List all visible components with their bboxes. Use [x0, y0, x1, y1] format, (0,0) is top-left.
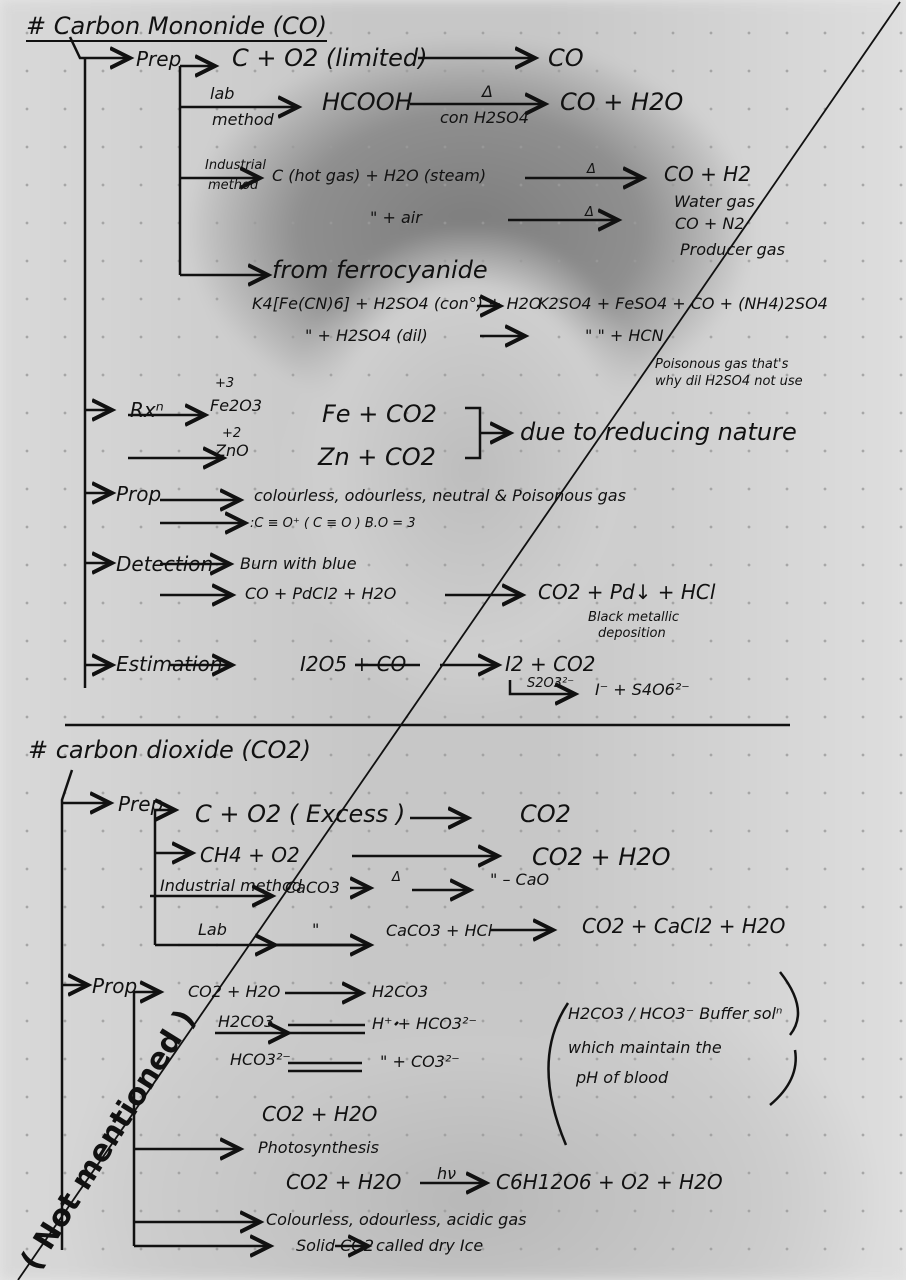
- co2-prep-methane-rhs: CO2 + H2O: [532, 843, 671, 871]
- co-water-gas-note: Water gas: [674, 192, 755, 211]
- co2-industrial-rhs: " – CaO: [490, 870, 549, 889]
- co-lab-below: con H2SO4: [440, 108, 529, 127]
- co2-props-eq3-rhs: " + CO3²⁻: [380, 1052, 460, 1071]
- co-rxn-row1-ox: +3: [215, 376, 234, 391]
- co-industrial-row2-rhs: CO + N2: [675, 214, 745, 233]
- co-hcn-note-1: Poisonous gas that's: [655, 357, 788, 372]
- co2-buffer-note-1: H2CO3 / HCO3⁻ Buffer solⁿ: [568, 1004, 782, 1023]
- co-ferro-row1-rhs: K2SO4 + FeSO4 + CO + (NH4)2SO4: [538, 294, 828, 313]
- co-heading: # Carbon Mononide (CO): [26, 12, 327, 42]
- co2-buffer-note-2: which maintain the: [568, 1038, 722, 1057]
- co-industrial-label-bottom: method: [208, 178, 258, 193]
- co2-lab-lhs: CaCO3 + HCl: [386, 921, 492, 940]
- co2-photosynthesis: Photosynthesis: [258, 1138, 379, 1157]
- co2-props-gas: Colourless, odourless, acidic gas: [266, 1210, 526, 1229]
- co-prep-label: Prep: [136, 47, 181, 71]
- co2-lab-label: Lab: [198, 920, 227, 939]
- co-lab-above: Δ: [482, 82, 493, 101]
- co-lab-lhs: HCOOH: [322, 88, 413, 116]
- co-industrial-row1-above: Δ: [587, 162, 596, 177]
- co2-props-eq1-rhs: H2CO3: [372, 982, 428, 1001]
- co-ferro-row1-lhs: K4[Fe(CN)6] + H2SO4 (con°) + H2O: [252, 294, 541, 313]
- co2-prep-excess-rhs: CO2: [520, 800, 571, 828]
- co2-photo-top: CO2 + H2O: [262, 1102, 377, 1126]
- co-rxn-row2-ox: +2: [222, 426, 241, 441]
- co-industrial-row1-rhs: CO + H2: [664, 162, 751, 186]
- co-detection-label: Detection: [116, 552, 213, 576]
- co-ferro-row2-lhs: " + H2SO4 (dil): [305, 326, 428, 345]
- co-estimation-sub-rhs: I⁻ + S4O6²⁻: [595, 680, 690, 699]
- co-rxn-row2-rhs: Zn + CO2: [318, 443, 436, 471]
- co2-lab-rhs: CO2 + CaCl2 + H2O: [582, 914, 785, 938]
- co2-prep-excess-lhs: C + O2 ( Excess ): [195, 800, 405, 828]
- co-industrial-label-top: Industrial: [205, 158, 266, 173]
- co-rxn-row1-lhs: Fe2O3: [210, 396, 262, 415]
- co-estimation-lhs: I2O5 + CO: [300, 652, 406, 676]
- co-props-row1: colourless, odourless, neutral & Poisono…: [254, 486, 626, 505]
- co-rxn-row2-lhs: ZnO: [215, 441, 249, 460]
- co-prep-limited-lhs: C + O2 (limited): [232, 44, 427, 72]
- co2-props-ice-rhs: called dry Ice: [376, 1236, 483, 1255]
- co2-photo-eq-lhs: CO2 + H2O: [286, 1170, 401, 1194]
- co2-photo-eq-above: hν: [437, 1164, 456, 1183]
- co-estimation-label: Estimation: [116, 652, 223, 676]
- co-prep-limited-rhs: CO: [548, 44, 584, 72]
- co-detection-row1: Burn with blue: [240, 554, 357, 573]
- co-ferro-label: from ferrocyanide: [272, 256, 488, 284]
- co2-prep-methane-lhs: CH4 + O2: [200, 843, 300, 867]
- co2-industrial-lhs: CaCO3: [285, 878, 340, 897]
- co-rxn-row1-rhs: Fe + CO2: [322, 400, 437, 428]
- co-estimation-sub-above: S2O3²⁻: [527, 676, 574, 691]
- co-detection-note-2: deposition: [598, 626, 666, 641]
- co-industrial-row2-lhs: " + air: [370, 208, 422, 227]
- co-hcn-note-2: why dil H2SO4 not use: [655, 374, 803, 389]
- co-rxn-note: due to reducing nature: [520, 418, 797, 446]
- co2-props-eq2-lhs: H2CO3: [218, 1012, 274, 1031]
- co2-prep-label: Prep: [118, 792, 163, 816]
- co2-lab-ditto: ": [312, 920, 319, 939]
- co-lab-rhs: CO + H2O: [560, 88, 683, 116]
- co-detection-row2-rhs: CO2 + Pd↓ + HCl: [538, 580, 715, 604]
- co2-industrial-label: Industrial method: [160, 876, 302, 895]
- co2-props-eq3-lhs: HCO3²⁻: [230, 1050, 291, 1069]
- co-ferro-row2-rhs: " " + HCN: [585, 326, 664, 345]
- co2-props-eq1-lhs: CO2 + H2O: [188, 982, 280, 1001]
- co2-photo-eq-rhs: C6H12O6 + O2 + H2O: [496, 1170, 723, 1194]
- co-detection-note-1: Black metallic: [588, 610, 679, 625]
- co-lab-label-top: lab: [210, 84, 234, 103]
- co-detection-row2-lhs: CO + PdCl2 + H2O: [245, 584, 396, 603]
- co-producer-gas-note: Producer gas: [680, 240, 785, 259]
- co-industrial-row1-lhs: C (hot gas) + H2O (steam): [272, 166, 486, 185]
- co-props-label: Prop: [116, 482, 161, 506]
- co-industrial-row2-above: Δ: [585, 205, 594, 220]
- co-lab-label-bottom: method: [212, 110, 274, 129]
- co2-props-eq2-rhs: H⁺ + HCO3²⁻: [372, 1014, 477, 1033]
- co2-buffer-note-3: pH of blood: [576, 1068, 668, 1087]
- co2-heading: # carbon dioxide (CO2): [28, 736, 311, 764]
- co2-props-label: Prop: [92, 974, 137, 998]
- co2-industrial-above: Δ: [392, 870, 401, 885]
- co-props-row2: :C ≡ O⁺ ( C ≡ O ) B.O = 3: [250, 516, 416, 531]
- co-rxn-label: Rxⁿ: [130, 398, 164, 422]
- co2-props-ice-lhs: Solid CO2: [296, 1236, 374, 1255]
- co-estimation-rhs: I2 + CO2: [505, 652, 596, 676]
